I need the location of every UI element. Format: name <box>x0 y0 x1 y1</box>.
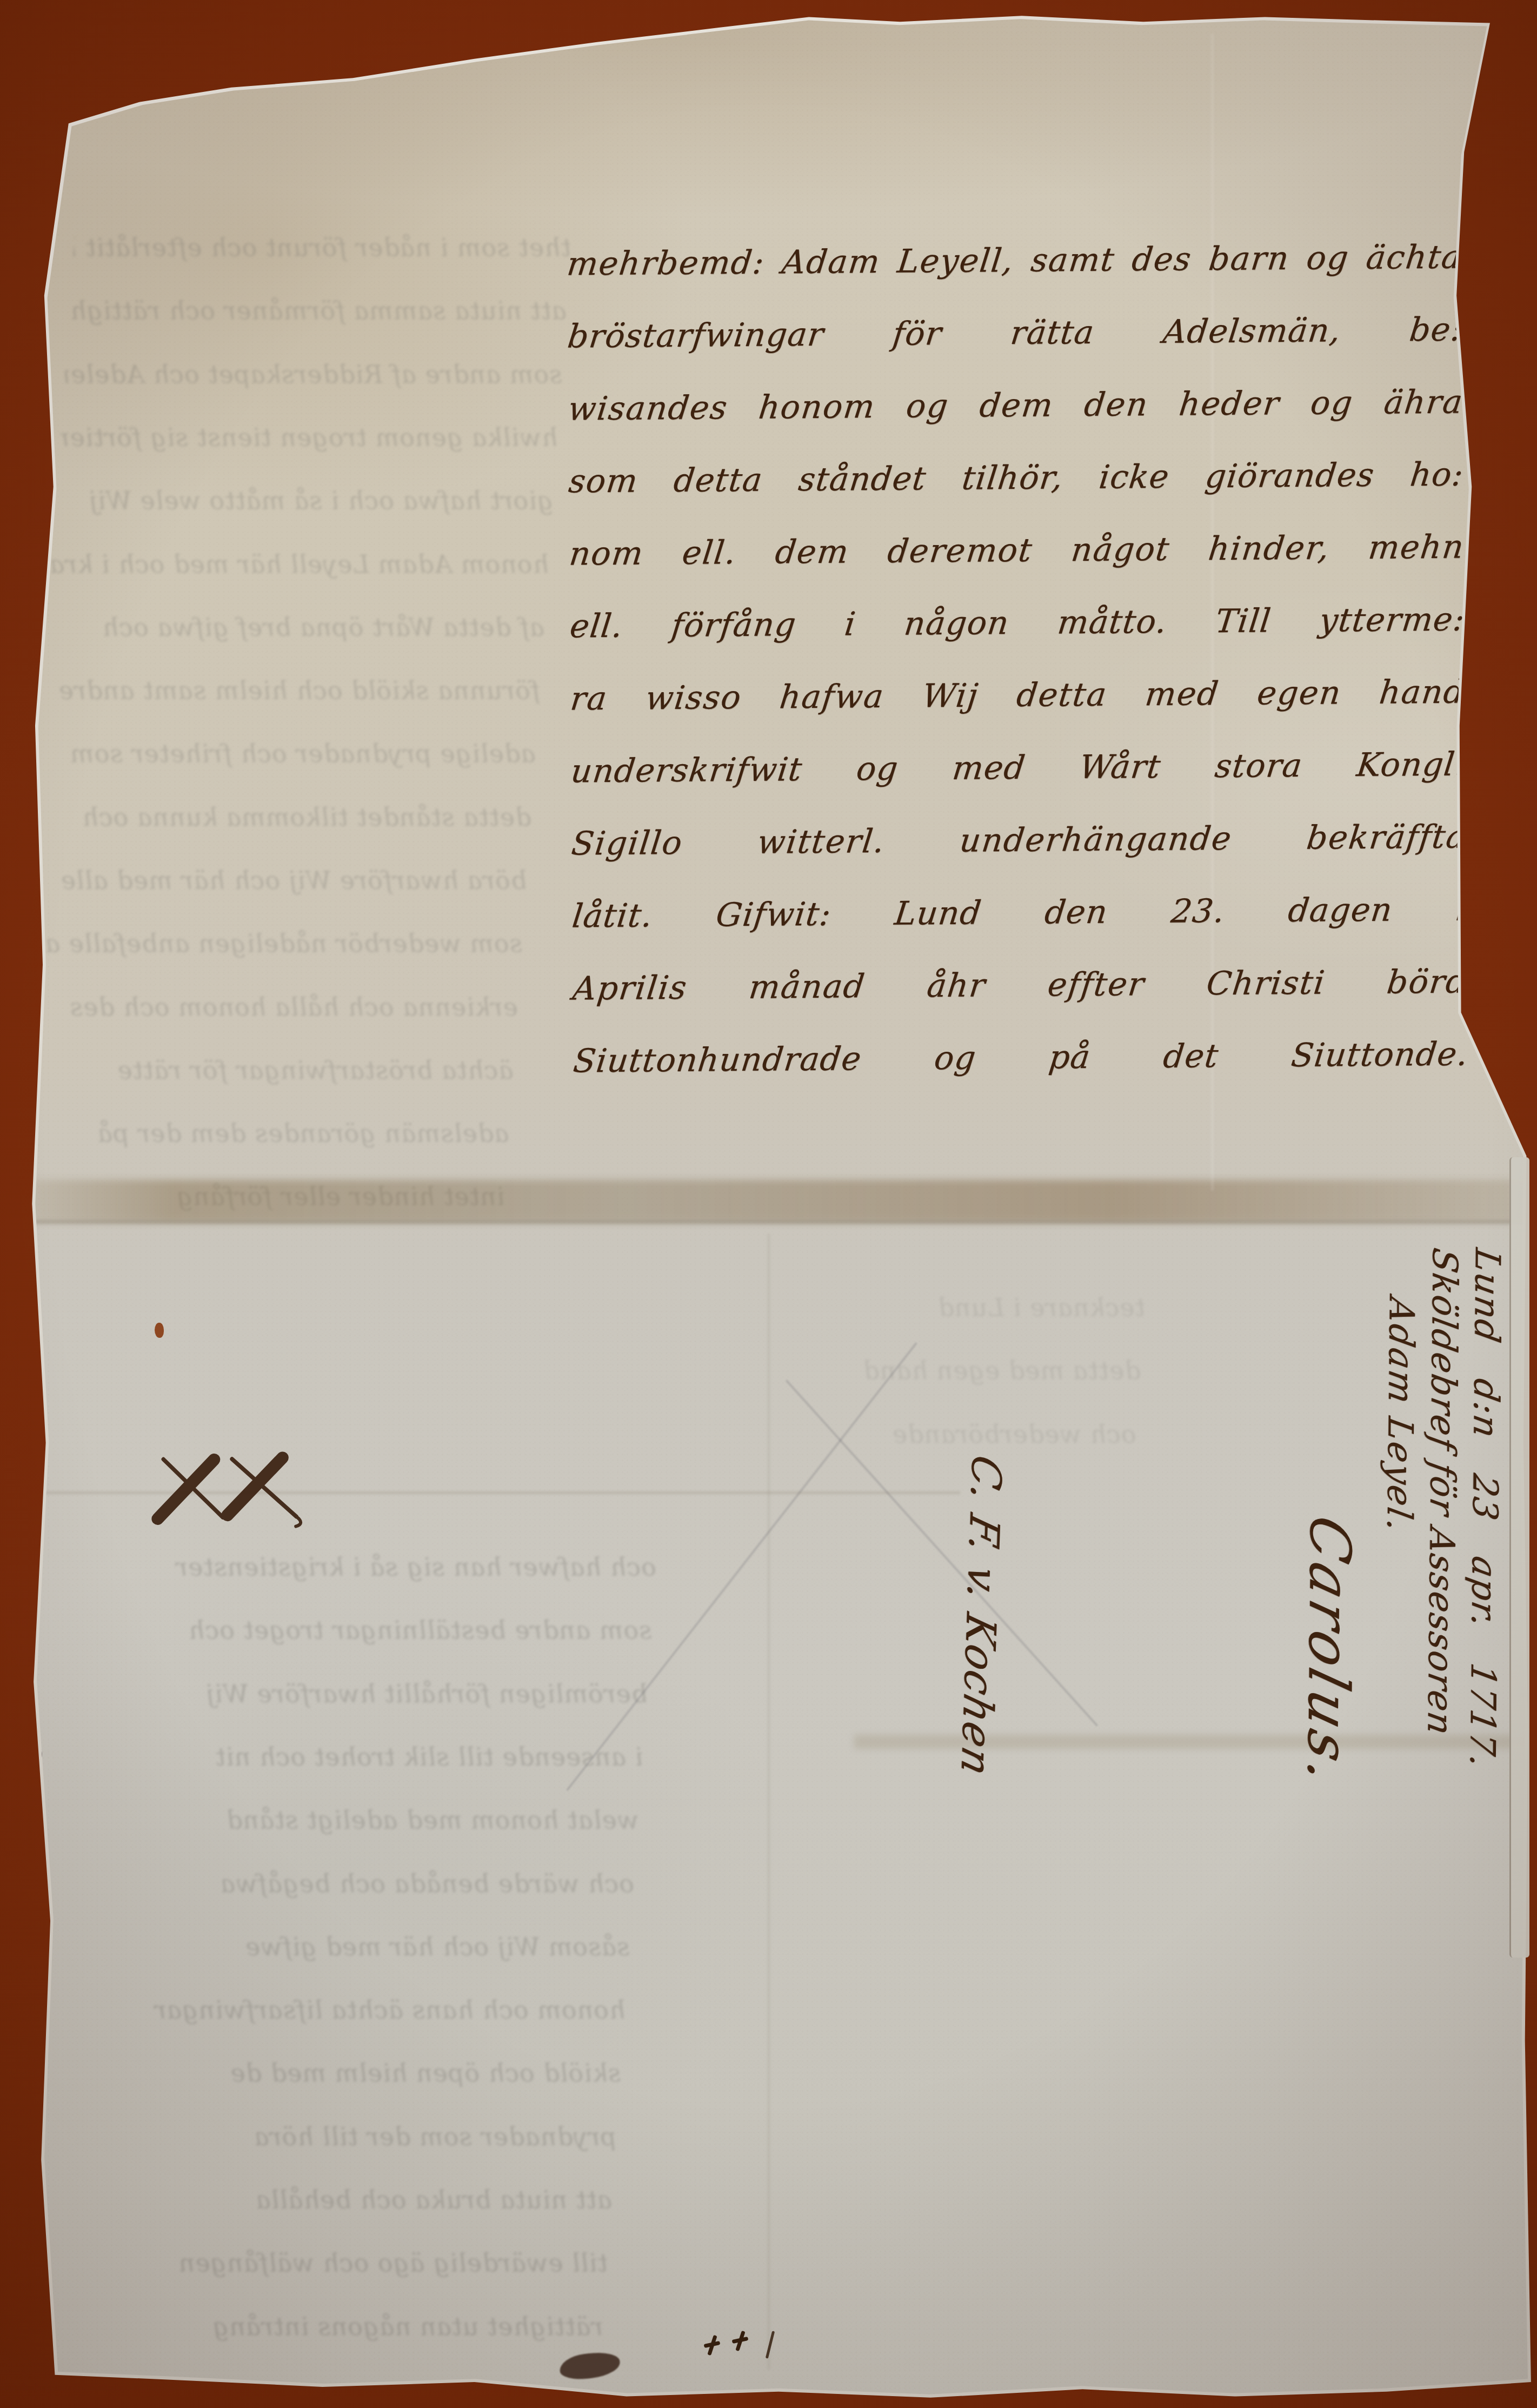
bleedthrough-line: af detta Wårt öpna bref gifwa och <box>45 596 547 659</box>
red-speck <box>155 1323 164 1338</box>
photo-background: thet som i nåder förunt och efterlåtit h… <box>0 0 1537 2408</box>
ink-mark-bottom <box>704 2336 720 2354</box>
docket-name-line: Adam Leyel. <box>1373 1294 1422 1922</box>
manuscript-text-line: Aprilis månad åhr effter Christi börd <box>569 945 1472 1025</box>
countersignature-block: C. F. v. Kochen <box>916 1455 1011 1868</box>
bleedthrough-line: tecknare i Lund <box>624 1276 1147 1339</box>
fold-crease <box>22 1220 1535 1224</box>
bleedthrough-line: detta med egen hand <box>620 1339 1143 1403</box>
manuscript-text-line: nom ell. dem deremot något hinder, mehn <box>565 510 1468 590</box>
main-text-block: mehrbemd: Adam Leyell, samt des barn og … <box>567 221 1469 1098</box>
cross-marks-icon <box>137 1426 311 1553</box>
vertical-crease-bottom <box>768 1234 770 2370</box>
manuscript-text-line: som detta ståndet tilhör, icke giörandes… <box>565 438 1468 518</box>
bleedthrough-line: att niuta samma förmåner och rättigheter <box>67 280 569 343</box>
manuscript-text-line: Siuttonhundrade og på det Siuttonde. <box>569 1018 1472 1097</box>
bleedthrough-line: såsom Wij och här med gifwe <box>33 1915 632 1979</box>
bleedthrough-line: förunna skiöld och hielm samt andre <box>41 659 542 722</box>
bleedthrough-line: berömligen förhållit hwarföre Wij <box>51 1662 650 1726</box>
bleedthrough-line: och wederbörande <box>615 1403 1139 1466</box>
manuscript-text-line: bröstarfwingar för rätta Adelsmän, be: <box>564 293 1467 373</box>
countersignature: C. F. v. Kochen <box>949 1450 1011 1874</box>
ink-stroke-bottom <box>766 2331 775 2359</box>
bleedthrough-line: welat honom med adeligt stånd <box>42 1789 641 1852</box>
manuscript-page: thet som i nåder förunt och efterlåtit h… <box>22 12 1535 2396</box>
bleedthrough-line: rättighet utan någons intrång <box>22 2295 606 2358</box>
bleedthrough-line: skiöld och öpen hielm med de <box>24 2042 623 2105</box>
manuscript-text-line: ell. förfång i någon måtto. Till ytterme… <box>566 583 1469 662</box>
bleedthrough-line: som andre af Ridderskapet och Adelen <box>63 343 564 406</box>
cross-marks <box>137 1426 311 1553</box>
second-leaf-edge <box>1509 1157 1529 1958</box>
bleedthrough-line: i anseende till slik trohet och nit <box>46 1726 645 1789</box>
bleedthrough-line: thet som i nåder förunt och efterlåtit h… <box>71 216 573 280</box>
bleedthrough-line: adelige prydnader och friheter som <box>36 722 538 786</box>
bleedthrough-text-middle: tecknare i Lunddetta med egen handoch we… <box>615 1276 1148 1466</box>
bleedthrough-line: ächta bröstarfwingar för rätte <box>22 1039 516 1102</box>
docket-block: Lund d:n 23 apr. 1717. Sköldebref för As… <box>1220 1246 1508 1920</box>
bleedthrough-line: erkienna och hålla honom och des <box>22 976 520 1039</box>
bleedthrough-text-bottom: och hafwer han sig så i krigstienstersom… <box>22 1536 658 2358</box>
bleedthrough-line: prydnader som der till höra <box>22 2105 619 2168</box>
manuscript-text-line: wisandes honom og dem den heder og ähra <box>564 366 1467 445</box>
bleedthrough-line: honom Adam Leyell här med och i kraft <box>49 533 551 596</box>
bleedthrough-line: giort hafwa och i så måtto wele Wij <box>54 469 556 533</box>
bleedthrough-line: till ewärdelig ägo och wälfången <box>22 2232 610 2295</box>
manuscript-text-line: underskrifwit og med Wårt stora Kongl. <box>567 728 1470 807</box>
bleedthrough-line: adelsmän görandes dem der på <box>22 1102 511 1165</box>
docket-title-line: Sköldebref för Assessoren <box>1418 1245 1466 1712</box>
bleedthrough-line: honom och hans ächta lifsarfwingar <box>29 1979 628 2042</box>
manuscript-text-line: ra wisso hafwa Wij detta med egen hand <box>567 655 1469 735</box>
bleedthrough-line: att niuta bruka och behålla <box>22 2168 614 2232</box>
bleedthrough-line: böra hwarföre Wij och här med alle <box>27 849 529 912</box>
bleedthrough-line: som andre beställningar troget och <box>55 1599 654 1662</box>
bleedthrough-line: och wärde benåda och begåfwa <box>37 1852 636 1915</box>
bleedthrough-text-top: thet som i nåder förunt och efterlåtit h… <box>22 216 573 1229</box>
bleedthrough-line: som wederbör nådeligen anbefalle att <box>23 912 524 976</box>
bleedthrough-line: hwilka genom trogen tienst sig förtient <box>58 406 560 469</box>
manuscript-text-line: mehrbemd: Adam Leyell, samt des barn og … <box>563 221 1466 300</box>
manuscript-text-line: låtit. Gifwit: Lund den 23. dagen i <box>568 873 1471 952</box>
bleedthrough-line: detta ståndet tilkomma kunna och <box>32 786 534 849</box>
ink-mark-bottom <box>732 2332 748 2350</box>
manuscript-text-line: Sigillo witterl. underhängande bekräffta <box>568 800 1471 880</box>
docket-date-line: Lund d:n 23 apr. 1717. <box>1460 1245 1508 1772</box>
royal-signature-carolus: Carolus. <box>1293 1509 1363 1927</box>
fold-stain-line <box>22 1180 1535 1222</box>
